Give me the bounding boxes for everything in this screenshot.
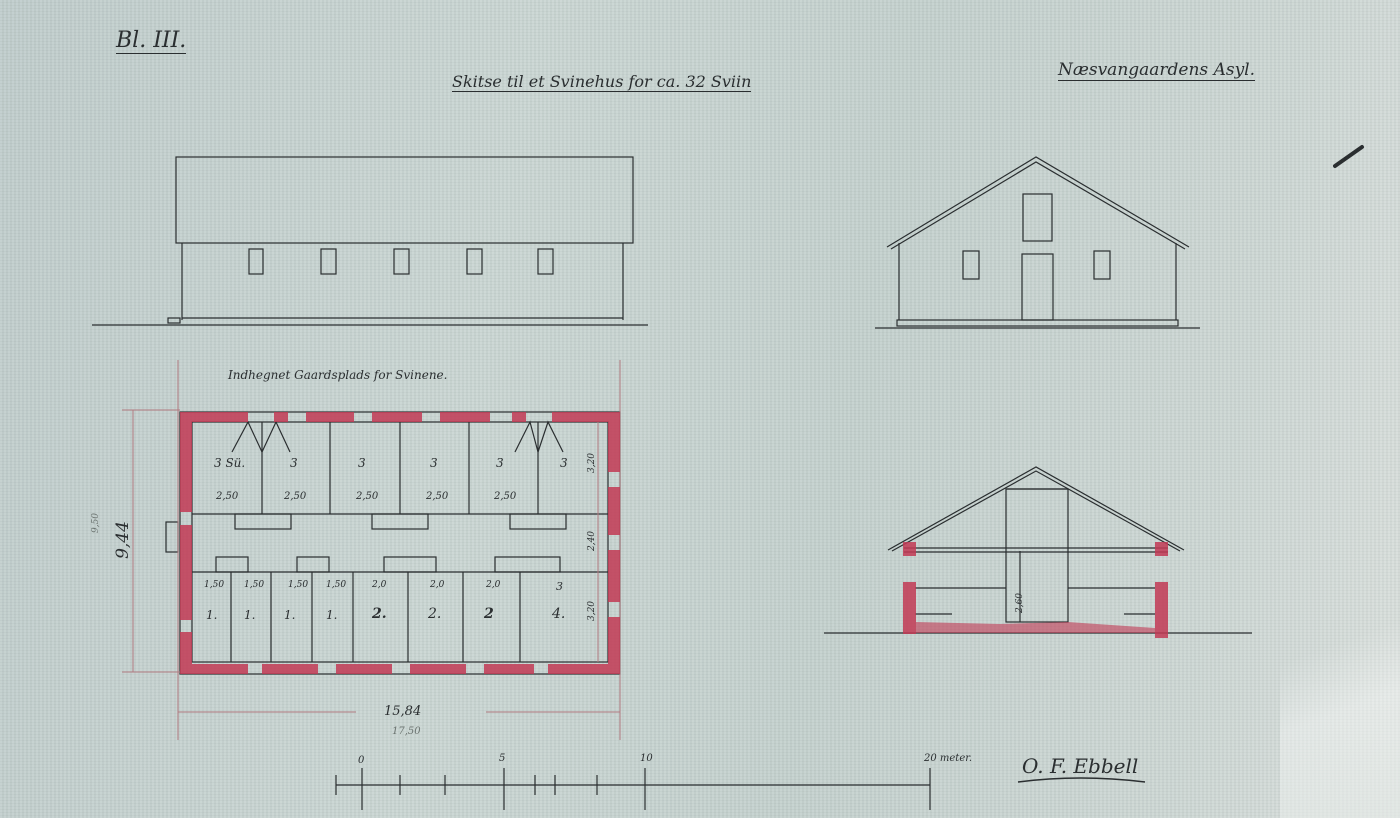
- pen-width: 2,0: [486, 580, 500, 590]
- sheet-number: Bl. III.: [116, 28, 186, 54]
- gable-elevation: [875, 157, 1200, 328]
- architectural-drawing: [0, 0, 1400, 818]
- pen-count: 1.: [326, 608, 337, 622]
- drawing-title: Skitse til et Svinehus for ca. 32 Sviin: [452, 72, 751, 92]
- overall-width-pencil: 9,50: [91, 513, 101, 533]
- pen-count: 3: [496, 456, 504, 470]
- pen-width: 2,50: [216, 491, 238, 502]
- pen-count: 3: [560, 456, 568, 470]
- scale-tick-5: 5: [499, 753, 505, 764]
- aisle-width: 2,40: [587, 531, 597, 551]
- pen-width: 3: [556, 580, 563, 593]
- signature: O. F. Ebbell: [1022, 754, 1138, 778]
- floor-plan: [166, 412, 620, 674]
- pen-count: 2: [484, 606, 494, 622]
- overall-width: 9,44: [113, 521, 133, 559]
- pen-count: 3: [430, 456, 438, 470]
- pen-count: 1.: [284, 608, 295, 622]
- pen-count: 3: [358, 456, 366, 470]
- institution-name: Næsvangaardens Asyl.: [1058, 60, 1255, 81]
- drawing-sheet: Bl. III. Skitse til et Svinehus for ca. …: [0, 0, 1400, 818]
- pen-count: 3 Sü.: [214, 456, 245, 470]
- pen-width: 2,50: [494, 491, 516, 502]
- section-height: 2,60: [1015, 593, 1025, 613]
- pen-count: 3: [290, 456, 298, 470]
- pen-width: 2,50: [284, 491, 306, 502]
- pen-count: 1.: [244, 608, 255, 622]
- pen-width: 2,0: [430, 580, 444, 590]
- yard-label: Indhegnet Gaardsplads for Svinene.: [228, 368, 447, 382]
- pen-width: 2,50: [356, 491, 378, 502]
- pen-count: 2.: [372, 606, 387, 622]
- scale-tick-20: 20 meter.: [924, 753, 972, 764]
- pen-count: 4.: [552, 606, 565, 622]
- lower-depth: 3,20: [587, 601, 597, 621]
- upper-depth: 3,20: [587, 453, 597, 473]
- scale-tick-10: 10: [640, 753, 653, 764]
- scale-tick-0: 0: [358, 755, 364, 766]
- side-elevation: [92, 157, 648, 325]
- scale-bar: [336, 768, 930, 810]
- overall-length: 15,84: [384, 704, 421, 719]
- pen-width: 1,50: [244, 580, 264, 590]
- pen-width: 1,50: [288, 580, 308, 590]
- paper-fold: [1280, 578, 1400, 818]
- cross-section: [824, 467, 1252, 633]
- pen-width: 1,50: [326, 580, 346, 590]
- pen-count: 2.: [428, 606, 441, 622]
- pen-count: 1.: [206, 608, 217, 622]
- pen-width: 2,0: [372, 580, 386, 590]
- pen-width: 1,50: [204, 580, 224, 590]
- pen-width: 2,50: [426, 491, 448, 502]
- overall-length-pencil: 17,50: [392, 726, 421, 737]
